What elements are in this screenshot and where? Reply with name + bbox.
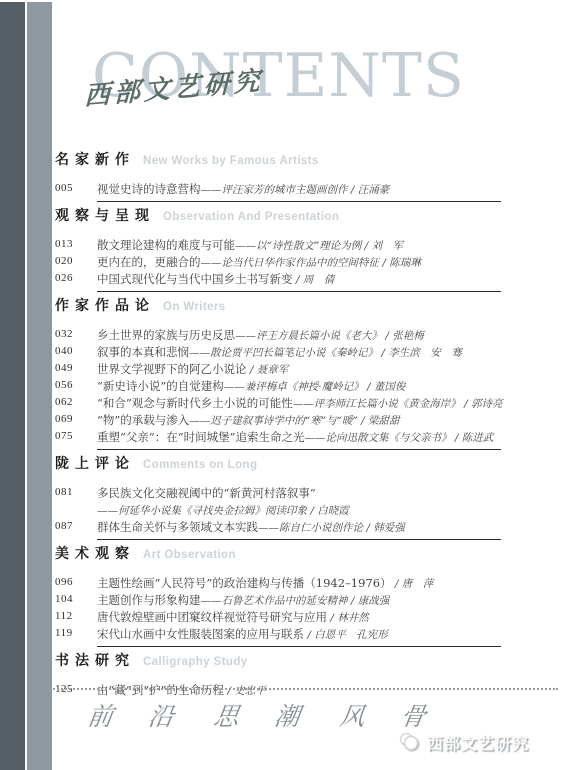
journal-logo-text: 西部文艺研究 <box>427 731 529 754</box>
page-number: 032 <box>55 326 97 343</box>
section-heading: 美术观察Art Observation <box>55 540 525 574</box>
entry-title: 更内在的，更融合的 <box>97 255 201 269</box>
page-number: 087 <box>55 518 97 535</box>
section-title: 作家作品论 <box>55 297 155 313</box>
section-title: 观察与呈现 <box>55 207 155 223</box>
motto-word: 思 潮 <box>211 697 316 733</box>
entry-subtitle-author: / 白恩平 孔宪形 <box>304 629 388 641</box>
section-title: 书法研究 <box>55 652 135 668</box>
toc-entry: 075重塑“父亲”：在“时间城堡”追索生命之光——论向迅散文集《与父亲书》 / … <box>55 428 525 445</box>
entry-text: ——何延华小说集《寻找央金拉姆》阅读印象 / 白晓霞 <box>97 501 525 518</box>
footer-motto: 前 沿 思 潮 风 骨 <box>85 697 442 733</box>
page-number: 013 <box>55 236 97 253</box>
toc-entry: 026中国式现代化与当代中国乡土书写新变 / 周 倩 <box>55 270 525 287</box>
page-number: 062 <box>55 394 97 411</box>
page-number: 020 <box>55 253 97 270</box>
entry-text: 主题性绘画“人民符号”的政治建构与传播（1942–1976） / 唐 萍 <box>97 574 525 591</box>
toc-entry: 032乡土世界的家族与历史反思——评王方晨长篇小说《老大》 / 张艳梅 <box>55 326 525 343</box>
entry-text: 群体生命关怀与多领域文本实践——陈自仁小说创作论 / 韩爱强 <box>97 518 525 535</box>
entry-title: 乡土世界的家族与历史反思 <box>97 328 235 342</box>
entry-text: 重塑“父亲”：在“时间城堡”追索生命之光——论向迅散文集《与父亲书》 / 陈进武 <box>97 428 525 445</box>
entry-text: 主题创作与形象构建——石鲁艺术作品中的延安精神 / 康战强 <box>97 591 525 608</box>
entry-text: 中国式现代化与当代中国乡土书写新变 / 周 倩 <box>97 270 525 287</box>
toc-entry: 049世界文学视野下的阿乙小说论 / 聂章军 <box>55 360 525 377</box>
page-number: 075 <box>55 428 97 445</box>
page-number: 081 <box>55 484 97 501</box>
entry-title: 世界文学视野下的阿乙小说论 <box>97 362 247 376</box>
motto-word: 前 沿 <box>85 697 190 733</box>
entry-subtitle-author: ——论向迅散文集《与父亲书》 / 陈进武 <box>305 432 494 444</box>
entry-text: 乡土世界的家族与历史反思——评王方晨长篇小说《老大》 / 张艳梅 <box>97 326 525 343</box>
entry-continuation: ——何延华小说集《寻找央金拉姆》阅读印象 / 白晓霞 <box>97 505 349 517</box>
entry-title: 视觉史诗的诗意营构 <box>97 182 201 196</box>
page-number-spacer <box>55 501 97 518</box>
section-title: 名家新作 <box>55 151 135 167</box>
entry-text: 视觉史诗的诗意营构——评汪家芳的城市主题画创作 / 汪涌豪 <box>97 180 525 197</box>
entry-subtitle-author: ——兼评梅卓《神授·魔岭记》 / 董国俊 <box>224 381 406 393</box>
entry-title: 唐代敦煌壁画中团窠纹样视觉符号研究与应用 <box>97 610 327 624</box>
toc-section: 美术观察Art Observation096主题性绘画“人民符号”的政治建构与传… <box>55 540 525 647</box>
section-subtitle-en: New Works by Famous Artists <box>143 155 319 167</box>
toc-entry: 112唐代敦煌壁画中团窠纹样视觉符号研究与应用 / 林井然 <box>55 608 525 625</box>
entry-subtitle-author: / 林井然 <box>327 612 369 624</box>
motto-word: 风 骨 <box>338 697 443 733</box>
toc-section: 陇上评论Comments on Long081多民族文化交融视阈中的“新黄河村落… <box>55 450 525 540</box>
toc-entry: 040叙事的本真和悲悯——散论贾平凹长篇笔记小说《秦岭记》 / 李生滨 安 骞 <box>55 343 525 360</box>
toc-entry: 062“和合”观念与新时代乡土小说的可能性——评李师江长篇小说《黄金海岸》 / … <box>55 394 525 411</box>
section-title: 陇上评论 <box>55 455 135 471</box>
entry-title: “和合”观念与新时代乡土小说的可能性 <box>97 396 293 410</box>
toc-entry: 119宋代山水画中女性服装图案的应用与联系 / 白恩平 孔宪形 <box>55 625 525 642</box>
table-of-contents: 名家新作New Works by Famous Artists005视觉史诗的诗… <box>55 146 525 698</box>
entry-subtitle-author: ——评李师江长篇小说《黄金海岸》 / 郭诗亮 <box>293 398 503 410</box>
toc-section: 书法研究Calligraphy Study125由“藏”到“护”的生命历程 / … <box>55 647 525 698</box>
section-heading: 名家新作New Works by Famous Artists <box>55 146 525 180</box>
page-number: 049 <box>55 360 97 377</box>
entry-text: 多民族文化交融视阈中的“新黄河村落叙事” <box>97 484 525 501</box>
entry-title: 主题性绘画“人民符号”的政治建构与传播（1942–1976） <box>97 576 392 590</box>
entry-text: 叙事的本真和悲悯——散论贾平凹长篇笔记小说《秦岭记》 / 李生滨 安 骞 <box>97 343 525 360</box>
entry-title: 散文理论建构的难度与可能 <box>97 238 235 252</box>
entry-text: “和合”观念与新时代乡土小说的可能性——评李师江长篇小说《黄金海岸》 / 郭诗亮 <box>97 394 525 411</box>
entry-title: 叙事的本真和悲悯 <box>97 345 189 359</box>
entry-subtitle-author: ——石鲁艺术作品中的延安精神 / 康战强 <box>201 595 390 607</box>
page-number: 119 <box>55 625 97 642</box>
section-subtitle-en: Observation And Presentation <box>163 211 339 223</box>
page-number: 104 <box>55 591 97 608</box>
entry-subtitle-author: ——以“诗性散文”理论为例 / 刘 军 <box>235 240 403 252</box>
entry-subtitle-author: / 聂章军 <box>247 364 289 376</box>
toc-entry: 087群体生命关怀与多领域文本实践——陈自仁小说创作论 / 韩爱强 <box>55 518 525 535</box>
page-number: 069 <box>55 411 97 428</box>
section-heading: 作家作品论On Writers <box>55 292 525 326</box>
entry-text: 宋代山水画中女性服装图案的应用与联系 / 白恩平 孔宪形 <box>97 625 525 642</box>
entry-title: 重塑“父亲”：在“时间城堡”追索生命之光 <box>97 430 305 444</box>
left-accent-bar-light <box>27 2 52 770</box>
entry-title: 中国式现代化与当代中国乡土书写新变 <box>97 272 293 286</box>
entry-subtitle-author: / 周 倩 <box>293 274 335 286</box>
toc-section: 观察与呈现Observation And Presentation013散文理论… <box>55 202 525 292</box>
toc-entry: 020更内在的，更融合的——论当代日华作家作品中的空间特征 / 陈瑞琳 <box>55 253 525 270</box>
page-number: 040 <box>55 343 97 360</box>
dotted-divider <box>50 688 558 690</box>
toc-entry: 013散文理论建构的难度与可能——以“诗性散文”理论为例 / 刘 军 <box>55 236 525 253</box>
entry-text: “新史诗小说”的自觉建构——兼评梅卓《神授·魔岭记》 / 董国俊 <box>97 377 525 394</box>
toc-section: 名家新作New Works by Famous Artists005视觉史诗的诗… <box>55 146 525 202</box>
section-subtitle-en: Art Observation <box>143 549 236 561</box>
page-number: 112 <box>55 608 97 625</box>
entry-subtitle-author: / 唐 萍 <box>392 578 434 590</box>
entry-text: 更内在的，更融合的——论当代日华作家作品中的空间特征 / 陈瑞琳 <box>97 253 525 270</box>
section-heading: 陇上评论Comments on Long <box>55 450 525 484</box>
section-title: 美术观察 <box>55 545 135 561</box>
page-number: 005 <box>55 180 97 197</box>
section-subtitle-en: On Writers <box>163 301 226 313</box>
entry-text: 唐代敦煌壁画中团窠纹样视觉符号研究与应用 / 林井然 <box>97 608 525 625</box>
toc-entry: 104主题创作与形象构建——石鲁艺术作品中的延安精神 / 康战强 <box>55 591 525 608</box>
toc-entry: 056“新史诗小说”的自觉建构——兼评梅卓《神授·魔岭记》 / 董国俊 <box>55 377 525 394</box>
entry-subtitle-author: ——迟子建叙事诗学中的“寒”与“暖” / 梁甜甜 <box>189 415 399 427</box>
entry-subtitle-author: ——评王方晨长篇小说《老大》 / 张艳梅 <box>235 330 424 342</box>
entry-title: 群体生命关怀与多领域文本实践 <box>97 520 258 534</box>
section-heading: 观察与呈现Observation And Presentation <box>55 202 525 236</box>
entry-text: “物”的承载与渗入——迟子建叙事诗学中的“寒”与“暖” / 梁甜甜 <box>97 411 525 428</box>
entry-subtitle-author: / 史忠平 <box>224 685 266 697</box>
toc-entry: 096主题性绘画“人民符号”的政治建构与传播（1942–1976） / 唐 萍 <box>55 574 525 591</box>
entry-title: 主题创作与形象构建 <box>97 593 201 607</box>
entry-title: “物”的承载与渗入 <box>97 413 189 427</box>
entry-subtitle-author: ——散论贾平凹长篇笔记小说《秦岭记》 / 李生滨 安 骞 <box>189 347 462 359</box>
section-subtitle-en: Calligraphy Study <box>143 656 248 668</box>
journal-logo: 西部文艺研究 <box>398 729 529 755</box>
entry-subtitle-author: ——论当代日华作家作品中的空间特征 / 陈瑞琳 <box>201 257 421 269</box>
entry-title: 多民族文化交融视阈中的“新黄河村落叙事” <box>97 486 316 500</box>
entry-text: 世界文学视野下的阿乙小说论 / 聂章军 <box>97 360 525 377</box>
toc-section: 作家作品论On Writers032乡土世界的家族与历史反思——评王方晨长篇小说… <box>55 292 525 450</box>
section-subtitle-en: Comments on Long <box>143 459 257 471</box>
page-number: 026 <box>55 270 97 287</box>
left-accent-bar-dark <box>0 2 25 770</box>
toc-entry: 005视觉史诗的诗意营构——评汪家芳的城市主题画创作 / 汪涌豪 <box>55 180 525 197</box>
section-heading: 书法研究Calligraphy Study <box>55 647 525 681</box>
entry-subtitle-author: ——陈自仁小说创作论 / 韩爱强 <box>258 522 405 534</box>
entry-title: 由“藏”到“护”的生命历程 <box>97 683 224 697</box>
overlapping-circles-icon <box>398 732 420 752</box>
toc-entry: 069“物”的承载与渗入——迟子建叙事诗学中的“寒”与“暖” / 梁甜甜 <box>55 411 525 428</box>
entry-title: “新史诗小说”的自觉建构 <box>97 379 224 393</box>
toc-entry: 081多民族文化交融视阈中的“新黄河村落叙事” <box>55 484 525 501</box>
page-number: 096 <box>55 574 97 591</box>
entry-title: 宋代山水画中女性服装图案的应用与联系 <box>97 627 304 641</box>
entry-text: 散文理论建构的难度与可能——以“诗性散文”理论为例 / 刘 军 <box>97 236 525 253</box>
page-number: 056 <box>55 377 97 394</box>
toc-entry-continuation: ——何延华小说集《寻找央金拉姆》阅读印象 / 白晓霞 <box>55 501 525 518</box>
entry-subtitle-author: ——评汪家芳的城市主题画创作 / 汪涌豪 <box>201 184 390 196</box>
